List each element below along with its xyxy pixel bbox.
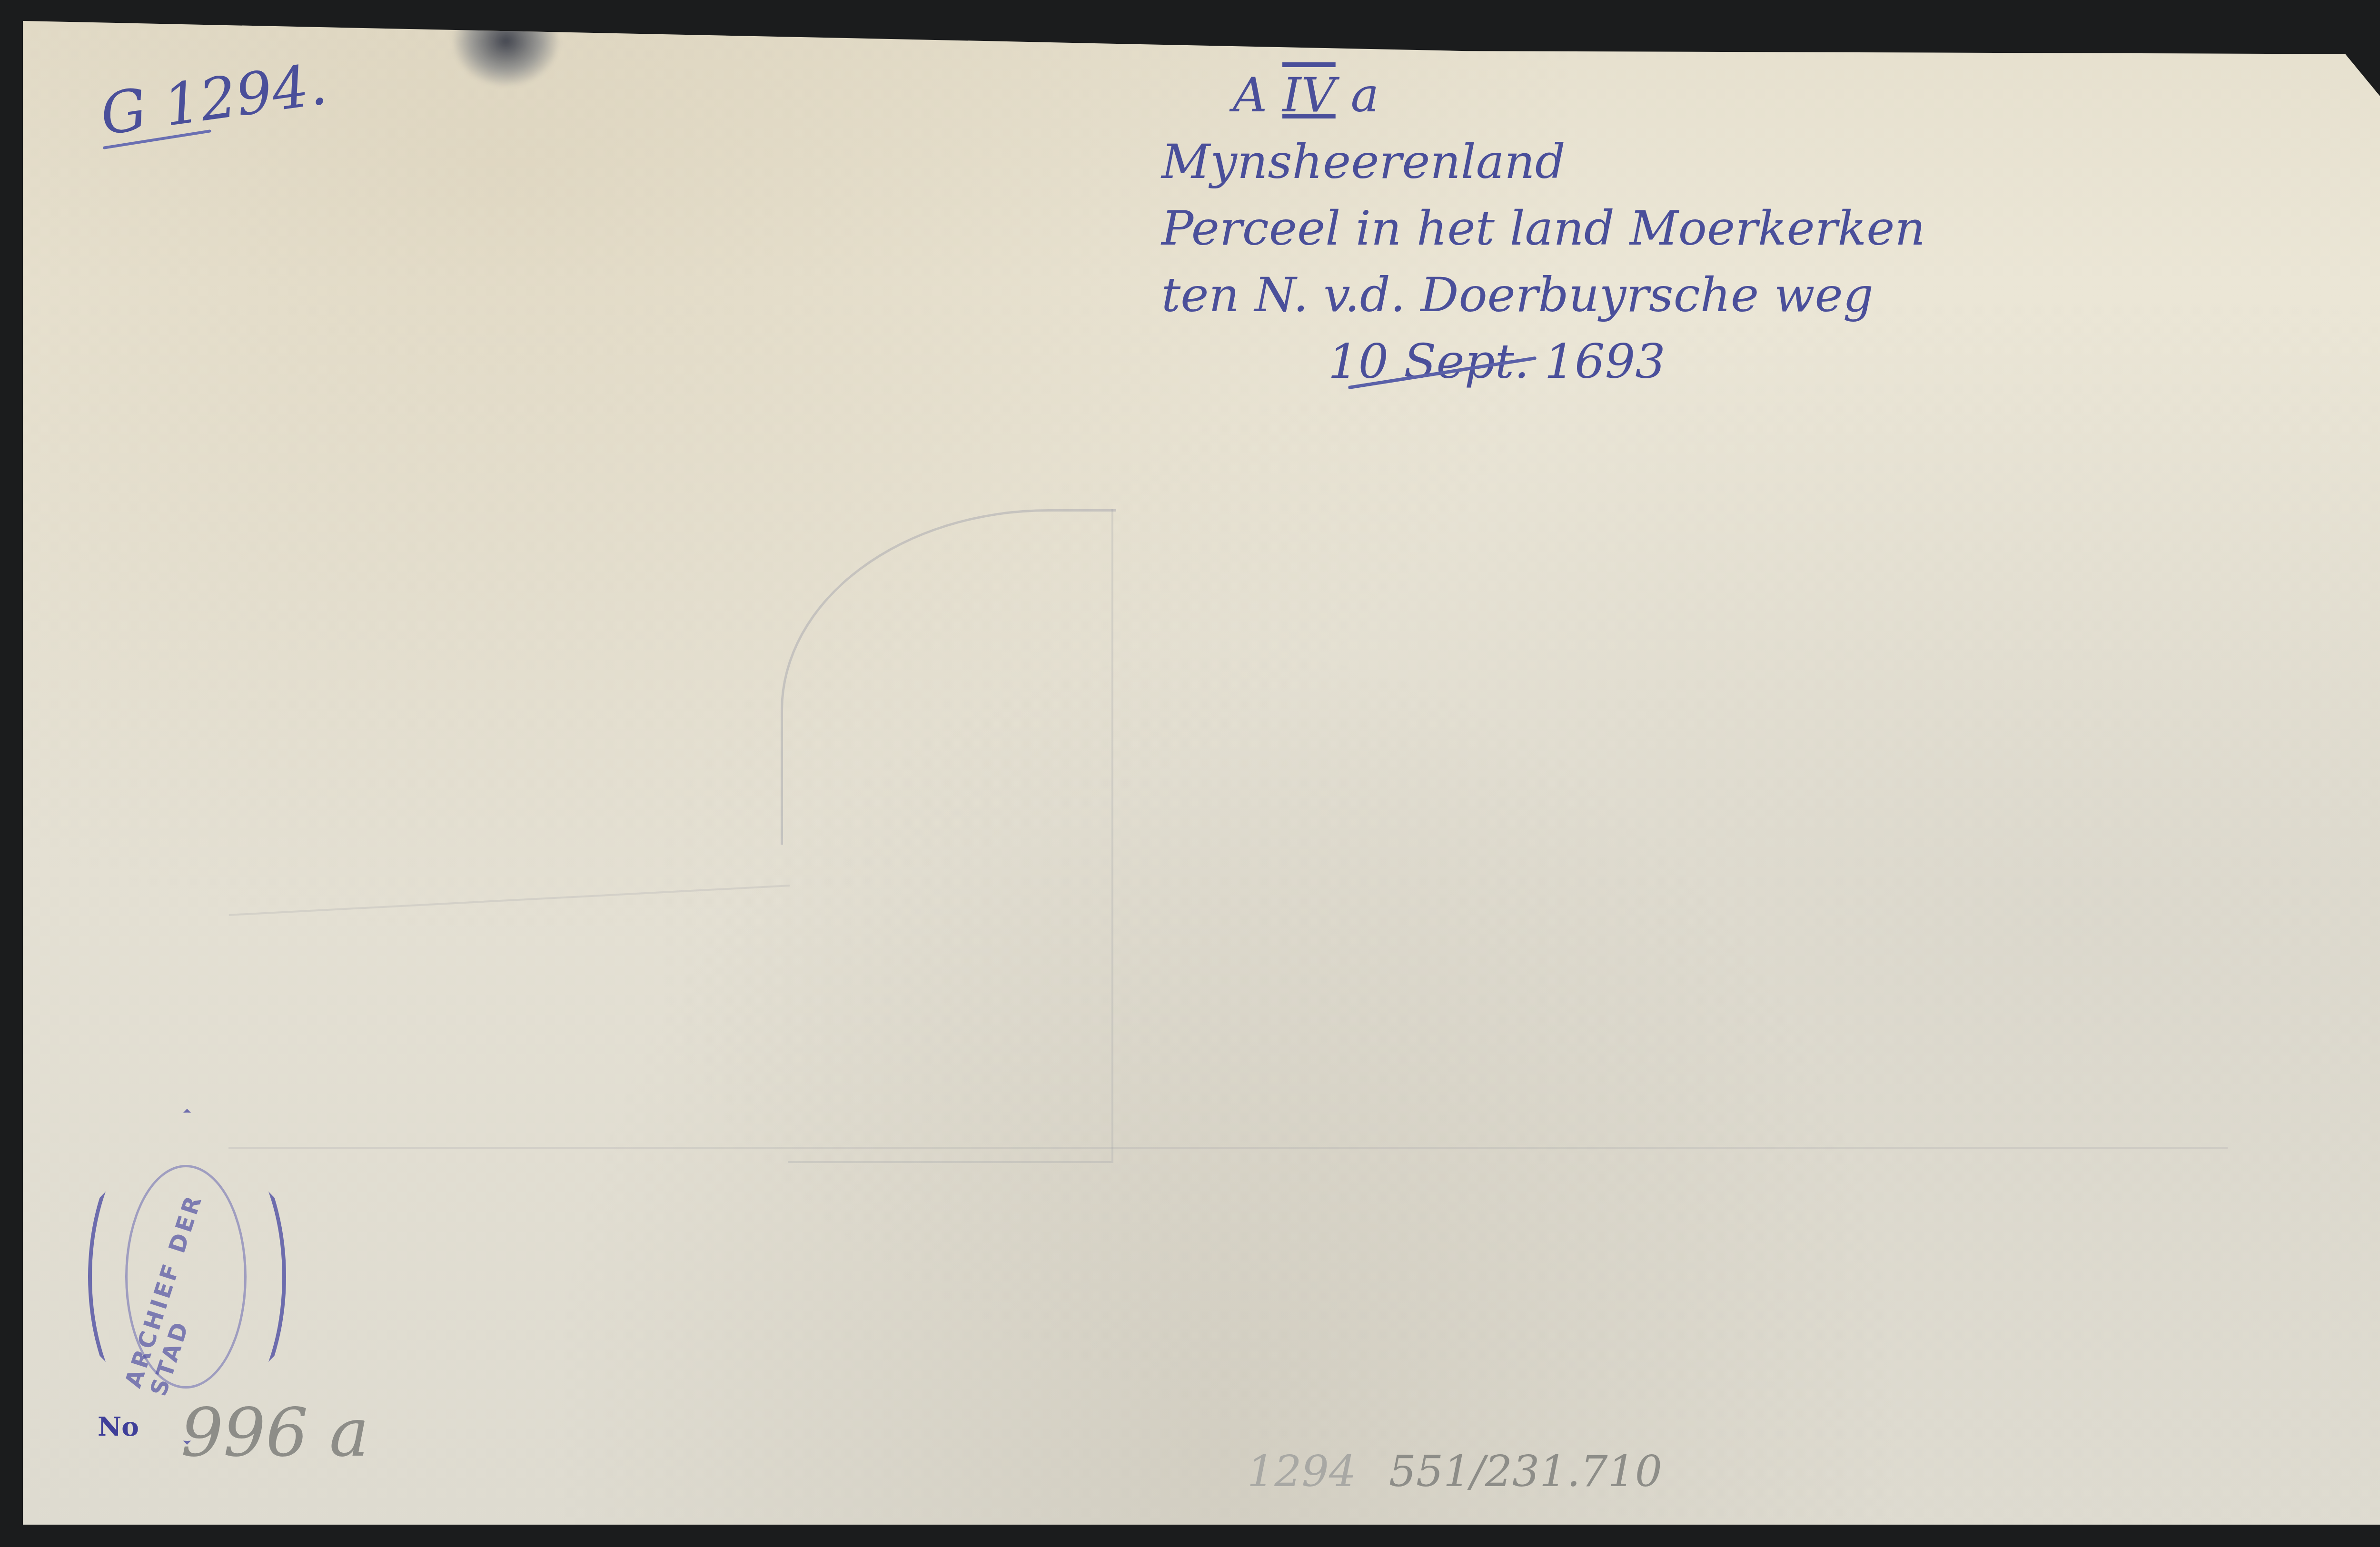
original-title-note: Caerte van 6 morgen 5 hø weylandt aen de… [2375, 0, 2380, 1418]
showthrough-plot-outline [788, 509, 1113, 1163]
catalog-location: ten N. v.d. Doerbuyrsche weg [1161, 271, 1925, 319]
seal-number-label: No [98, 1411, 139, 1442]
catalog-annotation: A IV a Mynsheerenland Perceel in het lan… [1161, 71, 1925, 404]
showthrough-line [228, 1147, 2228, 1149]
archive-number: 1294 551/231.710 [1247, 1447, 1662, 1497]
catalog-code: A IV a [1233, 71, 1925, 119]
inventory-number: 996 a [181, 1394, 369, 1472]
ink-stain [451, 21, 561, 88]
catalog-place: Mynsheerenland [1161, 138, 1925, 186]
catalog-parcel: Perceel in het land Moerkerken [1161, 205, 1925, 252]
